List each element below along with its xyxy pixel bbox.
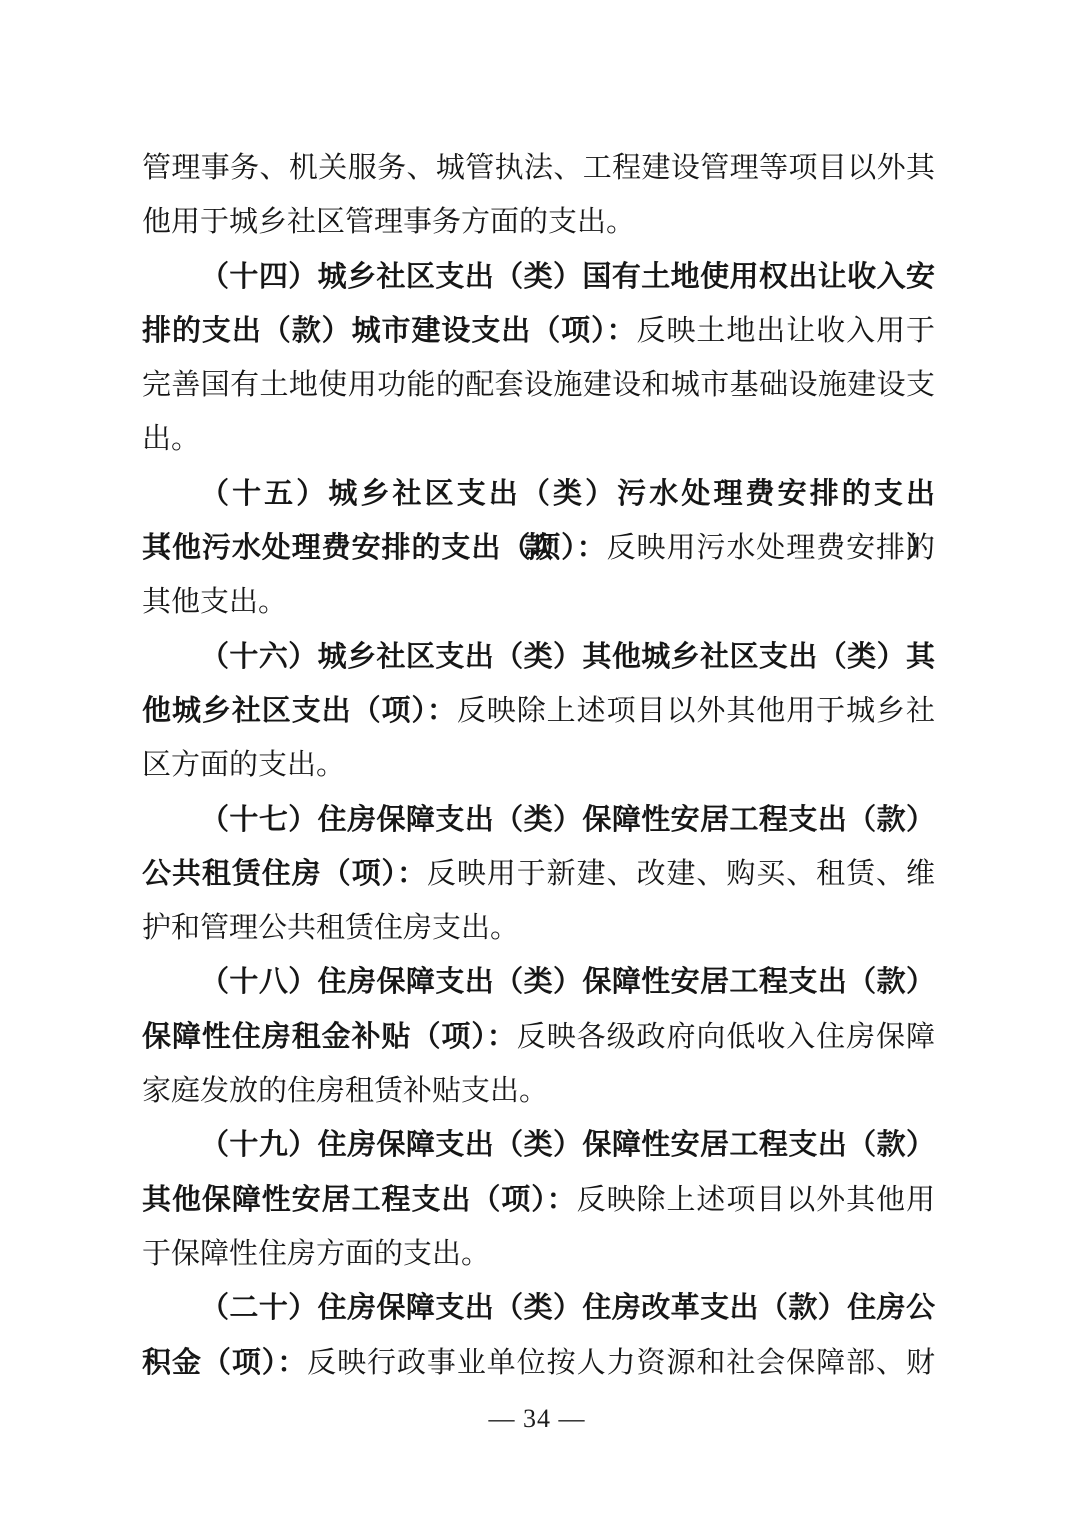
text-line: （十七）住房保障支出（类）保障性安居工程支出（款） bbox=[142, 793, 935, 847]
document-body: 管理事务、机关服务、城管执法、工程建设管理等项目以外其他用于城乡社区管理事务方面… bbox=[142, 141, 935, 1390]
text-line: 于保障性住房方面的支出。 bbox=[142, 1227, 935, 1281]
body-segment: 反映土地出让收入用于 bbox=[637, 315, 935, 347]
body-segment: 反映各级政府向低收入住房保障 bbox=[517, 1021, 935, 1053]
body-segment: 反映除上述项目以外其他用于城乡社 bbox=[457, 695, 935, 727]
text-line: （二十）住房保障支出（类）住房改革支出（款）住房公 bbox=[142, 1281, 935, 1335]
heading-segment: 排的支出（款）城市建设支出（项）： bbox=[142, 315, 637, 347]
heading-segment: （十七）住房保障支出（类）保障性安居工程支出（款） bbox=[200, 804, 935, 836]
text-line: 出。 bbox=[142, 412, 935, 466]
text-line: 他用于城乡社区管理事务方面的支出。 bbox=[142, 195, 935, 249]
body-segment: 其他支出。 bbox=[142, 586, 287, 618]
body-segment: 反映除上述项目以外其他用 bbox=[577, 1184, 935, 1216]
heading-segment: （十六）城乡社区支出（类）其他城乡社区支出（类）其 bbox=[200, 641, 935, 673]
text-line: 完善国有土地使用功能的配套设施建设和城市基础设施建设支 bbox=[142, 358, 935, 412]
document-page: 管理事务、机关服务、城管执法、工程建设管理等项目以外其他用于城乡社区管理事务方面… bbox=[0, 0, 1074, 1520]
text-line: 保障性住房租金补贴（项）：反映各级政府向低收入住房保障 bbox=[142, 1010, 935, 1064]
body-segment: 反映行政事业单位按人力资源和社会保障部、财 bbox=[307, 1347, 935, 1379]
text-line: 公共租赁住房（项）：反映用于新建、改建、购买、租赁、维 bbox=[142, 847, 935, 901]
heading-segment: 保障性住房租金补贴（项）： bbox=[142, 1021, 517, 1053]
text-line: 区方面的支出。 bbox=[142, 738, 935, 792]
text-line: （十四）城乡社区支出（类）国有土地使用权出让收入安 bbox=[142, 250, 935, 304]
text-line: （十六）城乡社区支出（类）其他城乡社区支出（类）其 bbox=[142, 630, 935, 684]
text-line: （十八）住房保障支出（类）保障性安居工程支出（款） bbox=[142, 955, 935, 1009]
body-segment: 反映用污水处理费安排的 bbox=[607, 532, 935, 564]
text-line: 护和管理公共租赁住房支出。 bbox=[142, 901, 935, 955]
text-line: 排的支出（款）城市建设支出（项）：反映土地出让收入用于 bbox=[142, 304, 935, 358]
heading-segment: 他城乡社区支出（项）： bbox=[142, 695, 457, 727]
text-line: 其他支出。 bbox=[142, 575, 935, 629]
body-segment: 完善国有土地使用功能的配套设施建设和城市基础设施建设支 bbox=[142, 369, 935, 401]
page-footer: — 34 — bbox=[0, 1404, 1074, 1434]
text-line: 其他污水处理费安排的支出（项）：反映用污水处理费安排的 bbox=[142, 521, 935, 575]
heading-segment: 其他保障性安居工程支出（项）： bbox=[142, 1184, 577, 1216]
page-number: — 34 — bbox=[489, 1404, 586, 1433]
text-line: （十九）住房保障支出（类）保障性安居工程支出（款） bbox=[142, 1118, 935, 1172]
body-segment: 他用于城乡社区管理事务方面的支出。 bbox=[142, 206, 635, 238]
body-segment: 管理事务、机关服务、城管执法、工程建设管理等项目以外其 bbox=[142, 152, 935, 184]
body-segment: 家庭发放的住房租赁补贴支出。 bbox=[142, 1075, 548, 1107]
heading-segment: （二十）住房保障支出（类）住房改革支出（款）住房公 bbox=[200, 1292, 935, 1324]
text-line: 管理事务、机关服务、城管执法、工程建设管理等项目以外其 bbox=[142, 141, 935, 195]
heading-segment: 其他污水处理费安排的支出（项）： bbox=[142, 532, 607, 564]
body-segment: 出。 bbox=[142, 423, 200, 455]
text-line: 家庭发放的住房租赁补贴支出。 bbox=[142, 1064, 935, 1118]
heading-segment: （十九）住房保障支出（类）保障性安居工程支出（款） bbox=[200, 1129, 935, 1161]
body-segment: 区方面的支出。 bbox=[142, 749, 345, 781]
text-line: 他城乡社区支出（项）：反映除上述项目以外其他用于城乡社 bbox=[142, 684, 935, 738]
body-segment: 于保障性住房方面的支出。 bbox=[142, 1238, 490, 1270]
text-line: 积金（项）：反映行政事业单位按人力资源和社会保障部、财 bbox=[142, 1336, 935, 1390]
text-line: 其他保障性安居工程支出（项）：反映除上述项目以外其他用 bbox=[142, 1173, 935, 1227]
body-segment: 护和管理公共租赁住房支出。 bbox=[142, 912, 519, 944]
body-segment: 反映用于新建、改建、购买、租赁、维 bbox=[427, 858, 935, 890]
heading-segment: 积金（项）： bbox=[142, 1347, 307, 1379]
heading-segment: （十四）城乡社区支出（类）国有土地使用权出让收入安 bbox=[200, 261, 935, 293]
text-line: （十五）城乡社区支出（类）污水处理费安排的支出（款） bbox=[142, 467, 935, 521]
heading-segment: （十八）住房保障支出（类）保障性安居工程支出（款） bbox=[200, 966, 935, 998]
heading-segment: 公共租赁住房（项）： bbox=[142, 858, 427, 890]
